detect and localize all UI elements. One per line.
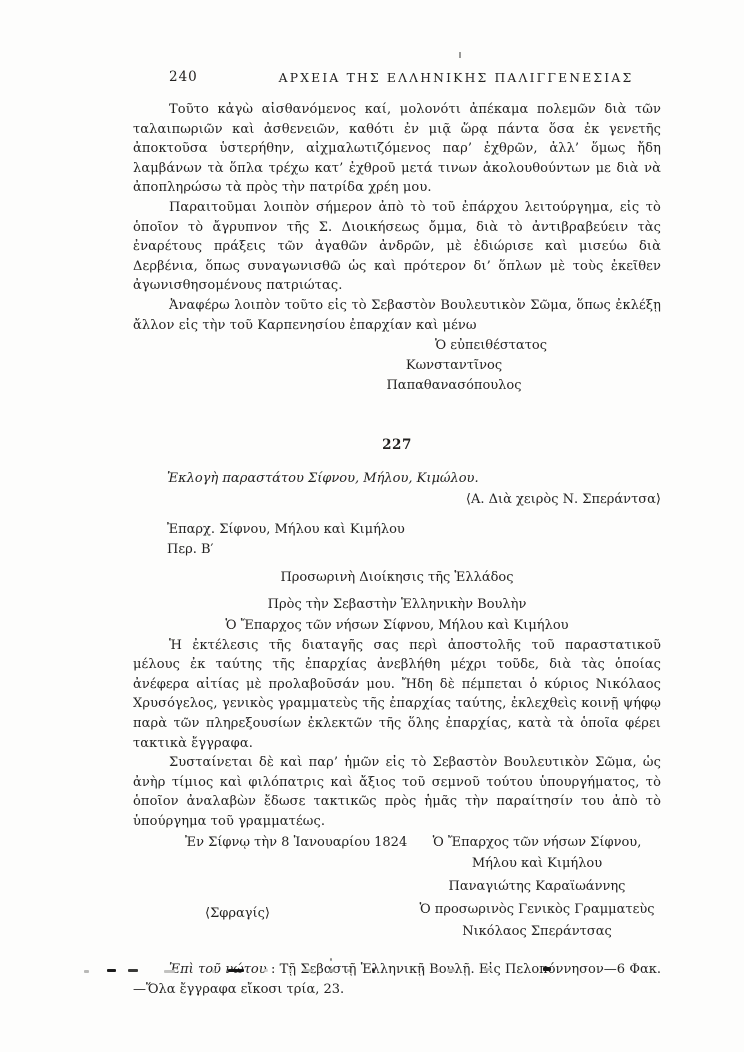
reference-block: Ἐπαρχ. Σίφνου, Μήλου καὶ Κιμήλου Περ. Β′ <box>167 520 661 560</box>
signatory-title: Μήλου καὶ Κιμήλου <box>413 853 661 875</box>
signatory-name: Παναγιώτης Καραϊωάννης <box>413 876 661 898</box>
signature-left-column: Ἐν Σίφνῳ τὴν 8 Ἰανουαρίου 1824 ⟨Σφραγίς⟩ <box>133 832 413 943</box>
letterhead-administration: Προσωρινὴ Διοίκησις τῆς Ἑλλάδος <box>133 568 661 588</box>
signatory-title: Ὁ Ἔπαρχος τῶν νήσων Σίφνου, <box>413 832 661 854</box>
signature-name: Κωνσταντῖνος Παπαθανασόπουλος <box>341 356 567 396</box>
closing-block: Ὁ εὐπειθέστατος Κωνσταντῖνος Παπαθανασόπ… <box>341 336 641 396</box>
running-title: ΑΡΧΕΙΑ ΤΗΣ ΕΛΛΗΝΙΚΗΣ ΠΑΛΙΓΓΕΝΕΣΙΑΣ <box>251 69 661 89</box>
previous-document-ending: Τοῦτο κἀγὼ αἰσθανόμενος καί, μολονότι ἀπ… <box>133 100 661 396</box>
scan-noise-artifacts <box>0 968 744 976</box>
signature-area: Ἐν Σίφνῳ τὴν 8 Ἰανουαρίου 1824 ⟨Σφραγίς⟩… <box>133 832 661 943</box>
editor-hand-note: ⟨Α. Διὰ χειρὸς Ν. Σπεράντσα⟩ <box>133 490 661 510</box>
dateline: Ἐν Σίφνῳ τὴν 8 Ἰανουαρίου 1824 <box>185 832 413 854</box>
paragraph: Ἡ ἐκτέλεσις τῆς διαταγῆς σας περὶ ἀποστο… <box>133 636 661 754</box>
letterhead-addressee: Πρὸς τὴν Σεβαστὴν Ἑλληνικὴν Βουλὴν <box>133 595 661 615</box>
document-227: 227 Ἐκλογὴ παραστάτου Σίφνου, Μήλου, Κιμ… <box>133 436 661 999</box>
signatory-name: Νικόλαος Σπεράντσας <box>413 921 661 943</box>
verso-annotation: Ἐπὶ τοῦ νώτου : Τῇ Σεβαστῇ Ἑλληνικῇ Βουλ… <box>133 960 661 999</box>
signature-right-column: Ὁ Ἔπαρχος τῶν νήσων Σίφνου, Μήλου καὶ Κι… <box>413 832 661 943</box>
scanned-book-page: 240 ΑΡΧΕΙΑ ΤΗΣ ΕΛΛΗΝΙΚΗΣ ΠΑΛΙΓΓΕΝΕΣΙΑΣ Τ… <box>0 0 744 1052</box>
signatory-title: Ὁ προσωρινὸς Γενικὸς Γραμματεὺς <box>413 899 661 921</box>
running-header: 240 ΑΡΧΕΙΑ ΤΗΣ ΕΛΛΗΝΙΚΗΣ ΠΑΛΙΓΓΕΝΕΣΙΑΣ <box>133 68 661 90</box>
page-number: 240 <box>169 68 198 88</box>
paragraph: Συσταίνεται δὲ καὶ παρ’ ἡμῶν εἰς τὸ Σεβα… <box>133 753 661 831</box>
page-content: 240 ΑΡΧΕΙΑ ΤΗΣ ΕΛΛΗΝΙΚΗΣ ΠΑΛΙΓΓΕΝΕΣΙΑΣ Τ… <box>133 68 661 1012</box>
paragraph: Ἀναφέρω λοιπὸν τοῦτο εἰς τὸ Σεβαστὸν Βου… <box>133 296 661 335</box>
paragraph: Παραιτοῦμαι λοιπὸν σήμερον ἀπὸ τὸ τοῦ ἐπ… <box>133 198 661 296</box>
document-title: Ἐκλογὴ παραστάτου Σίφνου, Μήλου, Κιμώλου… <box>167 469 661 489</box>
seal-note: ⟨Σφραγίς⟩ <box>205 904 413 924</box>
reference-line: Περ. Β′ <box>167 540 661 560</box>
scan-speck <box>459 52 461 58</box>
closing-formula: Ὁ εὐπειθέστατος <box>341 336 641 356</box>
document-number: 227 <box>133 436 661 456</box>
letterhead-sender: Ὁ Ἔπαρχος τῶν νήσων Σίφνου, Μήλου καὶ Κι… <box>133 616 661 636</box>
reference-line: Ἐπαρχ. Σίφνου, Μήλου καὶ Κιμήλου <box>167 520 661 540</box>
paragraph: Τοῦτο κἀγὼ αἰσθανόμενος καί, μολονότι ἀπ… <box>133 100 661 198</box>
